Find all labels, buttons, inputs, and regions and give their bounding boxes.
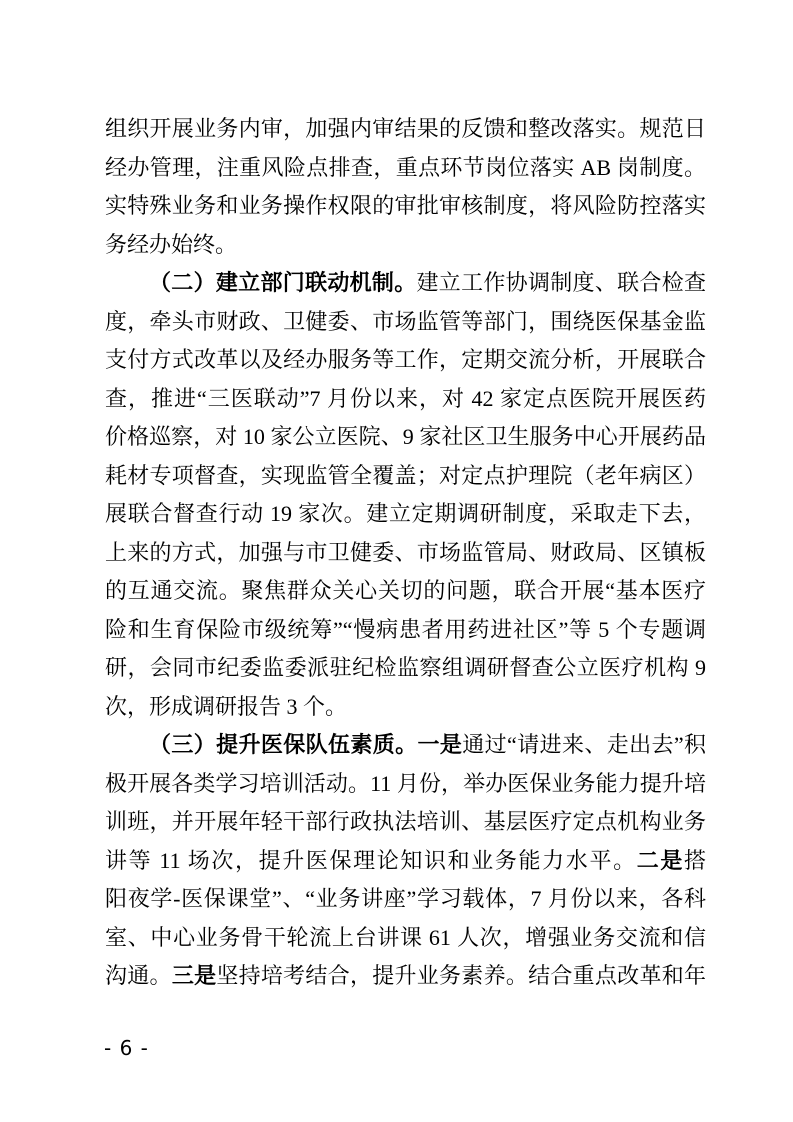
text-line: 研，会同市纪委监委派驻纪检监察组调研督查公立医疗机构 9 [105,649,706,688]
text-segment: 讲等 11 场次，提升医保理论知识和业务能力水平。 [105,848,637,873]
text-segment: 度，牵头市财政、卫健委、市场监管等部门，围绕医保基金监管、 [105,309,706,342]
text-line: 险和生育保险市级统筹”“慢病患者用药进社区”等 5 个专题调 [105,611,706,650]
text-line: 支付方式改革以及经办服务等工作，定期交流分析，开展联合督 [105,341,706,380]
bold-text-segment: （二）建立部门联动机制。 [149,270,417,295]
text-segment: 上来的方式，加强与市卫健委、市场监管局、财政局、区镇板块 [105,540,706,573]
text-line: 次，形成调研报告 3 个。 [105,688,706,727]
text-segment: 室、中心业务骨干轮流上台讲课 61 人次，增强业务交流和信息 [105,925,706,958]
text-segment: 研，会同市纪委监委派驻纪检监察组调研督查公立医疗机构 9 [105,655,706,680]
bold-text-segment: 三是 [172,963,217,988]
bold-text-segment: 二是 [637,848,684,873]
text-line: 实特殊业务和业务操作权限的审批审核制度，将风险防控落实业 [105,187,706,226]
text-line: 展联合督查行动 19 家次。建立定期调研制度，采取走下去，请 [105,495,706,534]
text-line: 度，牵头市财政、卫健委、市场监管等部门，围绕医保基金监管、 [105,303,706,342]
text-segment: 沟通。 [105,963,172,988]
text-line: 查，推进“三医联动”7 月份以来，对 42 家定点医院开展医药 [105,380,706,419]
text-line: （二）建立部门联动机制。建立工作协调制度、联合检查制 [105,264,706,303]
text-segment: 查，推进“三医联动”7 月份以来，对 42 家定点医院开展医药 [105,386,706,411]
text-line: 价格巡察，对 10 家公立医院、9 家社区卫生服务中心开展药品 [105,418,706,457]
text-segment: 极开展各类学习培训活动。11 月份，举办医保业务能力提升培 [105,771,706,796]
text-line: 耗材专项督查，实现监管全覆盖；对定点护理院（老年病区）开 [105,457,706,496]
page-number: - 6 - [104,1036,149,1060]
text-line: （三）提升医保队伍素质。一是通过“请进来、走出去”积 [105,726,706,765]
text-line: 组织开展业务内审，加强内审结果的反馈和整改落实。规范日常 [105,110,706,149]
text-line: 讲等 11 场次，提升医保理论知识和业务能力水平。二是搭建“暨 [105,842,706,881]
text-line: 经办管理，注重风险点排查，重点环节岗位落实 AB 岗制度。落 [105,149,706,188]
document-page: { "page": { "number_label": "- 6 -" }, "… [0,0,793,1122]
text-segment: 务经办始终。 [105,232,237,257]
text-line: 上来的方式，加强与市卫健委、市场监管局、财政局、区镇板块 [105,534,706,573]
text-line: 室、中心业务骨干轮流上台讲课 61 人次，增强业务交流和信息 [105,919,706,958]
text-segment: 的互通交流。聚焦群众关心关切的问题，联合开展“基本医疗保 [105,578,706,611]
bold-text-segment: （三）提升医保队伍素质。一是 [149,732,462,757]
text-segment: 次，形成调研报告 3 个。 [105,694,347,719]
text-segment: 展联合督查行动 19 家次。建立定期调研制度，采取走下去，请 [105,501,706,534]
text-line: 训班，并开展年轻干部行政执法培训、基层医疗定点机构业务宣 [105,803,706,842]
text-segment: 耗材专项督查，实现监管全覆盖；对定点护理院（老年病区）开 [105,463,706,496]
text-segment: 通过“请进来、走出去”积 [462,732,706,757]
text-segment: 训班，并开展年轻干部行政执法培训、基层医疗定点机构业务宣 [105,809,706,842]
text-segment: 价格巡察，对 10 家公立医院、9 家社区卫生服务中心开展药品 [105,424,706,449]
text-line: 极开展各类学习培训活动。11 月份，举办医保业务能力提升培 [105,765,706,804]
text-segment: 实特殊业务和业务操作权限的审批审核制度，将风险防控落实业 [105,193,706,226]
text-segment: 组织开展业务内审，加强内审结果的反馈和整改落实。规范日常 [105,116,706,149]
text-line: 务经办始终。 [105,226,706,265]
text-line: 阳夜学-医保课堂”、“业务讲座”学习载体，7 月份以来，各科 [105,880,706,919]
text-line: 的互通交流。聚焦群众关心关切的问题，联合开展“基本医疗保 [105,572,706,611]
text-line: 沟通。三是坚持培考结合，提升业务素养。结合重点改革和年度 [105,957,706,996]
text-segment: 险和生育保险市级统筹”“慢病患者用药进社区”等 5 个专题调 [105,617,706,642]
text-segment: 阳夜学-医保课堂”、“业务讲座”学习载体，7 月份以来，各科 [105,886,706,911]
text-segment: 支付方式改革以及经办服务等工作，定期交流分析，开展联合督 [105,347,706,380]
document-body: 组织开展业务内审，加强内审结果的反馈和整改落实。规范日常经办管理，注重风险点排查… [105,110,706,996]
text-segment: 经办管理，注重风险点排查，重点环节岗位落实 AB 岗制度。落 [105,155,706,188]
